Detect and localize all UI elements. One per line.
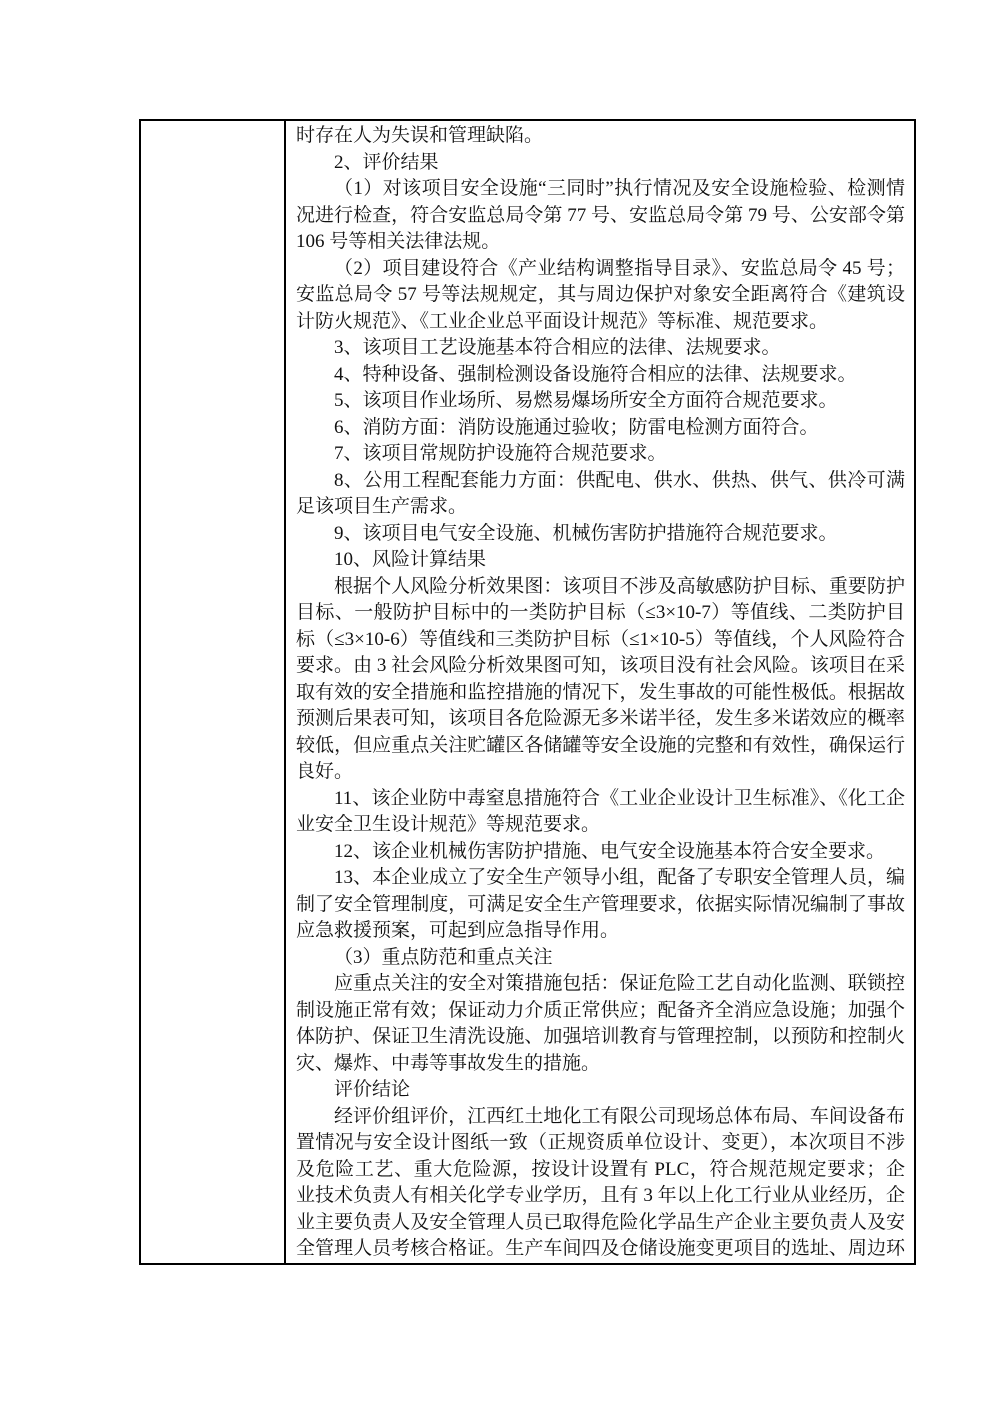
content-table: 时存在人为失误和管理缺陷。2、评价结果（1）对该项目安全设施“三同时”执行情况及… (139, 119, 916, 1265)
paragraph-10: 8、公用工程配套能力方面：供配电、供水、供热、供气、供冷可满足该项目生产需求。 (296, 468, 905, 521)
paragraph-18: 应重点关注的安全对策措施包括：保证危险工艺自动化监测、联锁控制设施正常有效；保证… (296, 971, 905, 1077)
paragraph-4: （2）项目建设符合《产业结构调整指导目录》、安监总局令 45 号；安监总局令 5… (296, 256, 905, 336)
paragraph-7: 5、该项目作业场所、易燃易爆场所安全方面符合规范要求。 (296, 388, 905, 415)
paragraph-6: 4、特种设备、强制检测设备设施符合相应的法律、法规要求。 (296, 362, 905, 389)
table-content-cell: 时存在人为失误和管理缺陷。2、评价结果（1）对该项目安全设施“三同时”执行情况及… (286, 121, 914, 1263)
paragraph-16: 13、本企业成立了安全生产领导小组，配备了专职安全管理人员，编制了安全管理制度，… (296, 865, 905, 945)
document-page: 时存在人为失误和管理缺陷。2、评价结果（1）对该项目安全设施“三同时”执行情况及… (0, 0, 992, 1403)
paragraph-17: （3）重点防范和重点关注 (296, 945, 905, 972)
paragraph-13: 根据个人风险分析效果图：该项目不涉及高敏感防护目标、重要防护目标、一般防护目标中… (296, 574, 905, 786)
paragraph-9: 7、该项目常规防护设施符合规范要求。 (296, 441, 905, 468)
paragraph-1: 时存在人为失误和管理缺陷。 (296, 123, 905, 150)
paragraph-11: 9、该项目电气安全设施、机械伤害防护措施符合规范要求。 (296, 521, 905, 548)
table-left-cell (141, 121, 286, 1263)
paragraph-14: 11、该企业防中毒窒息措施符合《工业企业设计卫生标准》、《化工企业安全卫生设计规… (296, 786, 905, 839)
paragraph-8: 6、消防方面：消防设施通过验收；防雷电检测方面符合。 (296, 415, 905, 442)
paragraph-19: 评价结论 (296, 1077, 905, 1104)
paragraph-15: 12、该企业机械伤害防护措施、电气安全设施基本符合安全要求。 (296, 839, 905, 866)
paragraph-20: 经评价组评价，江西红土地化工有限公司现场总体布局、车间设备布置情况与安全设计图纸… (296, 1104, 905, 1264)
paragraph-2: 2、评价结果 (296, 150, 905, 177)
paragraph-12: 10、风险计算结果 (296, 547, 905, 574)
paragraph-5: 3、该项目工艺设施基本符合相应的法律、法规要求。 (296, 335, 905, 362)
paragraph-3: （1）对该项目安全设施“三同时”执行情况及安全设施检验、检测情况进行检查，符合安… (296, 176, 905, 256)
